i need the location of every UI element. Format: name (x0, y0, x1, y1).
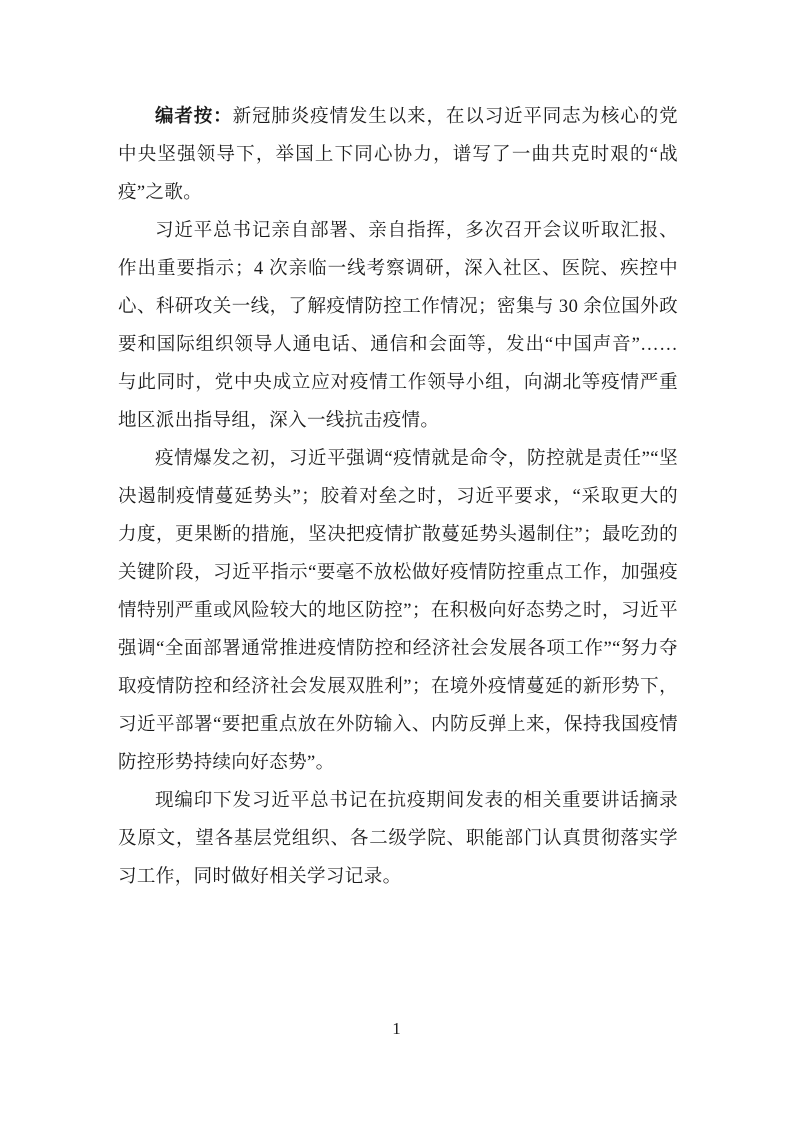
page-footer: 1 (0, 1016, 793, 1042)
editor-note-label: 编者按： (155, 107, 233, 127)
page-number: 1 (392, 1019, 401, 1038)
paragraph-deploy-command: 习近平总书记亲自部署、亲自指挥，多次召开会议听取汇报、作出重要指示；4 次亲临一… (118, 212, 678, 440)
paragraph-epidemic-stages: 疫情爆发之初，习近平强调“疫情就是命令，防控就是责任”“坚决遏制疫情蔓延势头”；… (118, 440, 678, 782)
paragraph-editor-note: 编者按：新冠肺炎疫情发生以来，在以习近平同志为核心的党中央坚强领导下，举国上下同… (118, 98, 678, 212)
document-body: 编者按：新冠肺炎疫情发生以来，在以习近平同志为核心的党中央坚强领导下，举国上下同… (118, 98, 678, 896)
document-page: 编者按：新冠肺炎疫情发生以来，在以习近平同志为核心的党中央坚强领导下，举国上下同… (0, 0, 793, 1122)
paragraph-study-requirement: 现编印下发习近平总书记在抗疫期间发表的相关重要讲话摘录及原文，望各基层党组织、各… (118, 782, 678, 896)
